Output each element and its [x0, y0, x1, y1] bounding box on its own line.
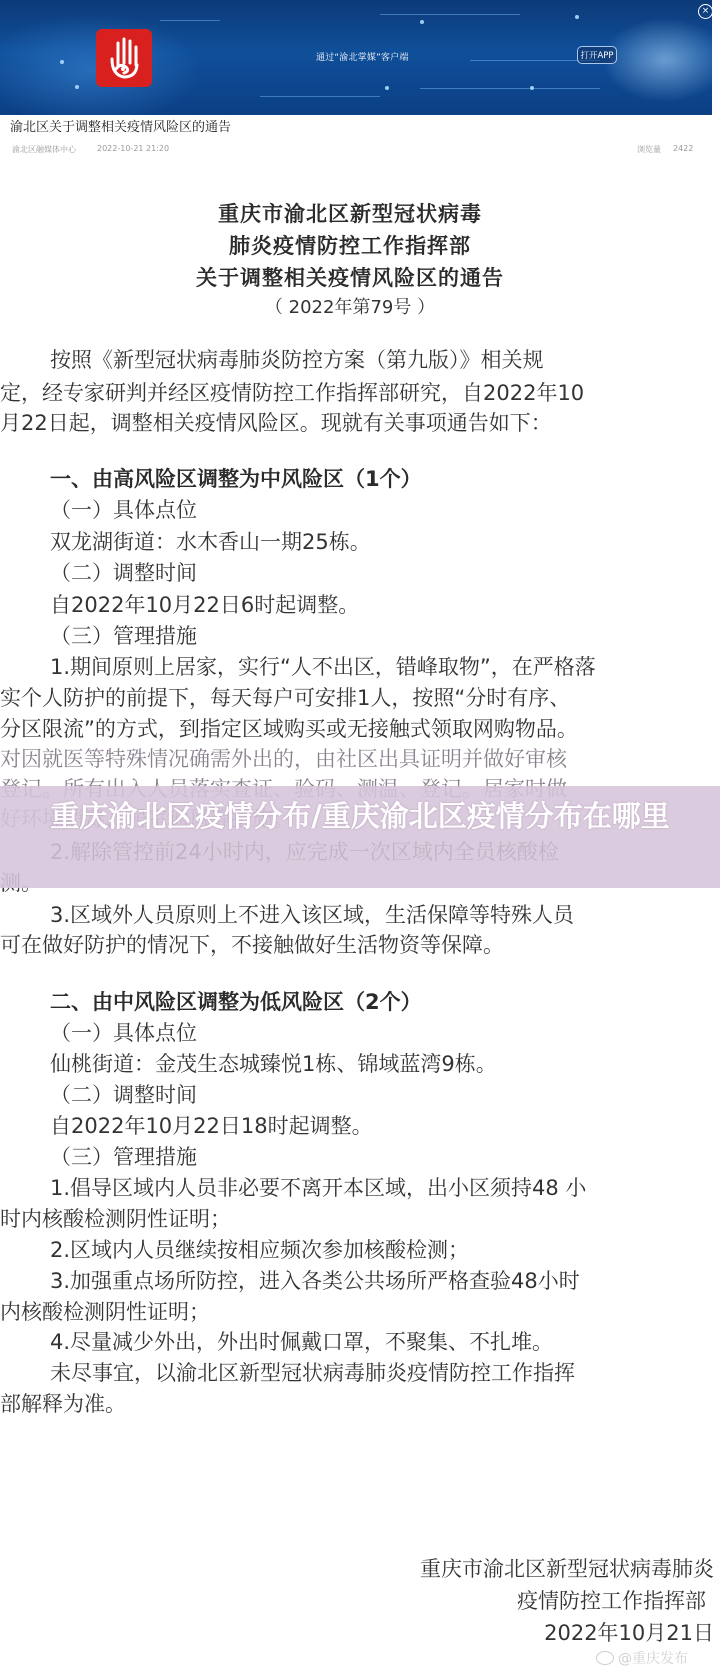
section-2-adjust-time: 自2022年10月22日18时起调整。: [50, 1110, 720, 1140]
decor-dot: [60, 60, 64, 64]
article-title: 渝北区关于调整相关疫情风险区的通告: [10, 116, 231, 135]
app-download-banner[interactable]: 通过“渝北掌媒”客户端 打开APP ×: [0, 0, 712, 115]
section-1-measure-line: 对因就医等特殊情况确需外出的，由社区出具证明并做好审核: [0, 743, 715, 773]
decor-dot: [420, 20, 424, 24]
views-label: 浏览量: [637, 144, 661, 155]
decor-dot: [575, 15, 579, 19]
document-title-line-3: 关于调整相关疫情风险区的通告: [0, 262, 700, 292]
section-1-measure-line: 可在做好防护的情况下，不接触做好生活物资等保障。: [0, 929, 715, 959]
article-source: 渝北区融媒体中心: [12, 144, 76, 155]
section-2-sub2-heading: （二）调整时间: [50, 1079, 720, 1109]
section-2-heading: 二、由中风险区调整为低风险区（2个）: [50, 986, 720, 1016]
decor-dot: [75, 85, 79, 89]
document-title-line-1: 重庆市渝北区新型冠状病毒: [0, 198, 700, 228]
page: 通过“渝北掌媒”客户端 打开APP × 渝北区关于调整相关疫情风险区的通告 渝北…: [0, 0, 720, 1677]
article-datetime: 2022-10-21 21:20: [97, 144, 169, 153]
section-2-sub3-heading: （三）管理措施: [50, 1141, 720, 1171]
hand-icon: [104, 35, 144, 81]
closing-line: 未尽事宜，以渝北区新型冠状病毒肺炎疫情防控工作指挥: [50, 1357, 720, 1387]
section-1-measure-line: 实个人防护的前提下，每天每户可安排1人，按照“分时有序、: [0, 682, 715, 712]
section-2-measure-line: 2.区域内人员继续按相应频次参加核酸检测；: [50, 1234, 720, 1264]
caption-overlay-title: 重庆渝北区疫情分布/重庆渝北区疫情分布在哪里: [50, 796, 670, 836]
section-1-heading: 一、由高风险区调整为中风险区（1个）: [50, 463, 720, 493]
section-1-sub3-heading: （三）管理措施: [50, 620, 720, 650]
section-1-location: 双龙湖街道：水木香山一期25栋。: [50, 526, 720, 556]
close-banner-icon[interactable]: ×: [698, 4, 712, 19]
decor-line: [380, 14, 520, 15]
document-title-line-2: 肺炎疫情防控工作指挥部: [0, 230, 700, 260]
section-2-measure-line: 时内核酸检测阴性证明；: [0, 1203, 715, 1233]
open-app-button[interactable]: 打开APP: [577, 46, 617, 64]
decor-line: [260, 96, 380, 97]
views-count: 2422: [673, 144, 693, 153]
intro-line: 按照《新型冠状病毒肺炎防控方案（第九版）》相关规: [50, 344, 720, 374]
intro-line: 月22日起，调整相关疫情风险区。现就有关事项通告如下：: [0, 407, 715, 437]
decor-line: [160, 20, 220, 21]
intro-line: 定，经专家研判并经区疫情防控工作指挥部研究，自2022年10: [0, 377, 715, 407]
banner-promo-text: 通过“渝北掌媒”客户端: [316, 50, 409, 63]
signature-date: 2022年10月21日: [544, 1617, 714, 1647]
section-2-sub1-heading: （一）具体点位: [50, 1017, 720, 1047]
section-1-measure-line: 分区限流”的方式，到指定区域购买或无接触式领取网购物品。: [0, 713, 715, 743]
decor-dot: [385, 86, 389, 90]
weibo-icon: [596, 1651, 614, 1665]
section-2-measure-line: 内核酸检测阴性证明；: [0, 1296, 715, 1326]
document-number: （ 2022年第79号 ）: [0, 293, 700, 319]
section-1-sub2-heading: （二）调整时间: [50, 557, 720, 587]
section-2-measure-line: 3.加强重点场所防控，进入各类公共场所严格查验48小时: [50, 1265, 720, 1295]
section-1-adjust-time: 自2022年10月22日6时起调整。: [50, 589, 720, 619]
section-1-measure-line: 1.期间原则上居家，实行“人不出区，错峰取物”，在严格落: [50, 651, 720, 681]
section-1-sub1-heading: （一）具体点位: [50, 494, 720, 524]
decor-line: [420, 88, 600, 89]
watermark: @重庆发布: [596, 1648, 688, 1668]
section-2-measure-line: 4.尽量减少外出，外出时佩戴口罩，不聚集、不扎堆。: [50, 1326, 720, 1356]
section-1-measure-line: 3.区域外人员原则上不进入该区域，生活保障等特殊人员: [50, 899, 720, 929]
section-2-measure-line: 1.倡导区域内人员非必要不离开本区域，出小区须持48 小: [50, 1172, 720, 1202]
section-2-location: 仙桃街道：金茂生态城臻悦1栋、锦域蓝湾9栋。: [50, 1048, 720, 1078]
app-logo-hand-icon: [96, 29, 152, 87]
signature-org-line-2: 疫情防控工作指挥部: [517, 1585, 706, 1615]
signature-org-line-1: 重庆市渝北区新型冠状病毒肺炎: [420, 1553, 714, 1583]
decor-dot: [530, 86, 534, 90]
watermark-text: @重庆发布: [618, 1648, 688, 1668]
closing-line: 部解释为准。: [0, 1388, 715, 1418]
